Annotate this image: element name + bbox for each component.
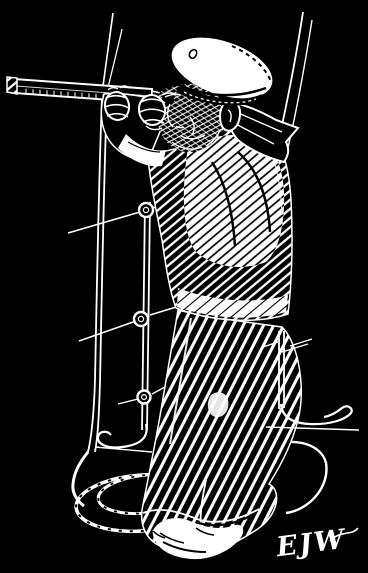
sailor-telescope-illustration: EJW — [0, 0, 368, 573]
ear — [220, 101, 240, 130]
telescope-end-cap — [7, 77, 17, 94]
illustration-page: EJW — [0, 0, 368, 573]
